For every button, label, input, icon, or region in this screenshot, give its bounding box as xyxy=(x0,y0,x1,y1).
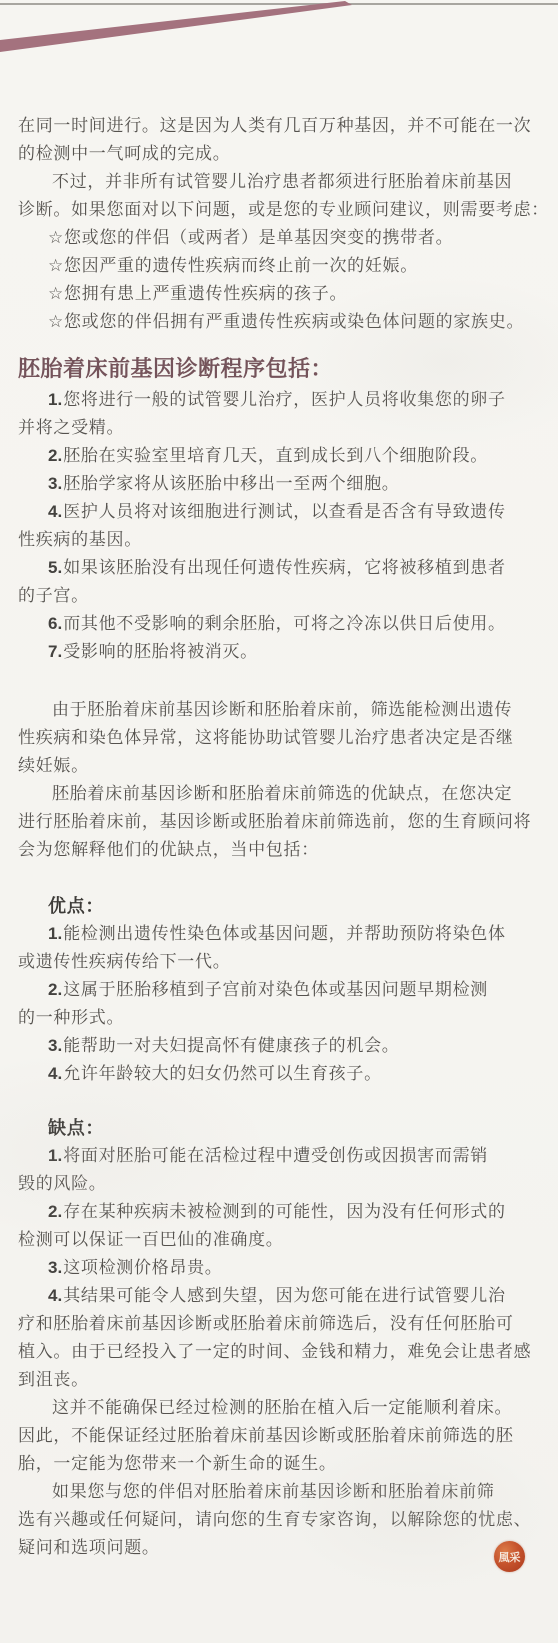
text-line: 续妊娠。 xyxy=(18,752,538,780)
text-line: 疑问和选项问题。 xyxy=(18,1534,538,1562)
text-line: 因此，不能保证经过胚胎着床前基因诊断或胚胎着床前筛选的胚 xyxy=(18,1422,538,1450)
publisher-seal-icon: 風采 xyxy=(494,1541,525,1572)
text-line: 胎，一定能为您带来一个新生命的诞生。 xyxy=(18,1450,538,1478)
seal-text: 風采 xyxy=(499,1549,521,1565)
text-line: 不过，并非所有试管婴儿治疗患者都须进行胚胎着床前基因 xyxy=(18,168,538,196)
text-line: 并将之受精。 xyxy=(18,414,538,442)
text-line: 的一种形式。 xyxy=(18,1004,538,1032)
text-line: ☆您或您的伴侣（或两者）是单基因突变的携带者。 xyxy=(18,224,538,252)
text-line: 会为您解释他们的优缺点，当中包括： xyxy=(18,836,538,864)
text-line: 2.这属于胚胎移植到子宫前对染色体或基因问题早期检测 xyxy=(18,976,538,1004)
text-line: 4.其结果可能令人感到失望，因为您可能在进行试管婴儿治 xyxy=(18,1282,538,1310)
text-line: 这并不能确保已经过检测的胚胎在植入后一定能顺利着床。 xyxy=(18,1394,538,1422)
text-line: 植入。由于已经投入了一定的时间、金钱和精力，难免会让患者感 xyxy=(18,1338,538,1366)
text-line: 的子宫。 xyxy=(18,582,538,610)
text-line: 进行胚胎着床前，基因诊断或胚胎着床前筛选前，您的生育顾问将 xyxy=(18,808,538,836)
text-line: 3.这项检测价格昂贵。 xyxy=(18,1254,538,1282)
text-line: 6.而其他不受影响的剩余胚胎，可将之冷冻以供日后使用。 xyxy=(18,610,538,638)
text-line: 如果您与您的伴侣对胚胎着床前基因诊断和胚胎着床前筛 xyxy=(18,1478,538,1506)
text-line: 1.能检测出遗传性染色体或基因问题，并帮助预防将染色体 xyxy=(18,920,538,948)
text-line: 1.将面对胚胎可能在活检过程中遭受创伤或因损害而需销 xyxy=(18,1142,538,1170)
text-line: 胚胎着床前基因诊断和胚胎着床前筛选的优缺点，在您决定 xyxy=(18,780,538,808)
text-line: 由于胚胎着床前基因诊断和胚胎着床前，筛选能检测出遗传 xyxy=(18,696,538,724)
text-line: ☆您拥有患上严重遗传性疾病的孩子。 xyxy=(18,280,538,308)
text-line: 2.存在某种疾病未被检测到的可能性，因为没有任何形式的 xyxy=(18,1198,538,1226)
document-body: 在同一时间进行。这是因为人类有几百万种基因，并不可能在一次的检测中一气呵成的完成… xyxy=(0,0,558,1562)
list-label: 缺点： xyxy=(18,1114,538,1142)
text-line: 2.胚胎在实验室里培育几天，直到成长到八个细胞阶段。 xyxy=(18,442,538,470)
text-line: 的检测中一气呵成的完成。 xyxy=(18,140,538,168)
text-line: 7.受影响的胚胎将被消灭。 xyxy=(18,638,538,666)
text-line: 在同一时间进行。这是因为人类有几百万种基因，并不可能在一次 xyxy=(18,112,538,140)
text-line: ☆您因严重的遗传性疾病而终止前一次的妊娠。 xyxy=(18,252,538,280)
text-line: ☆您或您的伴侣拥有严重遗传性疾病或染色体问题的家族史。 xyxy=(18,308,538,336)
text-line: 3.能帮助一对夫妇提高怀有健康孩子的机会。 xyxy=(18,1032,538,1060)
text-line: 疗和胚胎着床前基因诊断或胚胎着床前筛选后，没有任何胚胎可 xyxy=(18,1310,538,1338)
text-line: 选有兴趣或任何疑问，请向您的生育专家咨询，以解除您的忧虑、 xyxy=(18,1506,538,1534)
text-line: 1.您将进行一般的试管婴儿治疗，医护人员将收集您的卵子 xyxy=(18,386,538,414)
text-line: 诊断。如果您面对以下问题，或是您的专业顾问建议，则需要考虑： xyxy=(18,196,538,224)
text-line: 毁的风险。 xyxy=(18,1170,538,1198)
section-heading: 胚胎着床前基因诊断程序包括： xyxy=(18,352,538,386)
list-label: 优点： xyxy=(18,892,538,920)
text-line: 或遗传性疾病传给下一代。 xyxy=(18,948,538,976)
scanned-book-page: 在同一时间进行。这是因为人类有几百万种基因，并不可能在一次的检测中一气呵成的完成… xyxy=(0,0,558,1643)
text-line: 性疾病和染色体异常，这将能协助试管婴儿治疗患者决定是否继 xyxy=(18,724,538,752)
text-line: 5.如果该胚胎没有出现任何遗传性疾病，它将被移植到患者 xyxy=(18,554,538,582)
text-line: 3.胚胎学家将从该胚胎中移出一至两个细胞。 xyxy=(18,470,538,498)
text-line: 4.医护人员将对该细胞进行测试，以查看是否含有导致遗传 xyxy=(18,498,538,526)
text-line: 性疾病的基因。 xyxy=(18,526,538,554)
text-line: 检测可以保证一百巴仙的准确度。 xyxy=(18,1226,538,1254)
text-line: 4.允许年龄较大的妇女仍然可以生育孩子。 xyxy=(18,1060,538,1088)
text-line: 到沮丧。 xyxy=(18,1366,538,1394)
